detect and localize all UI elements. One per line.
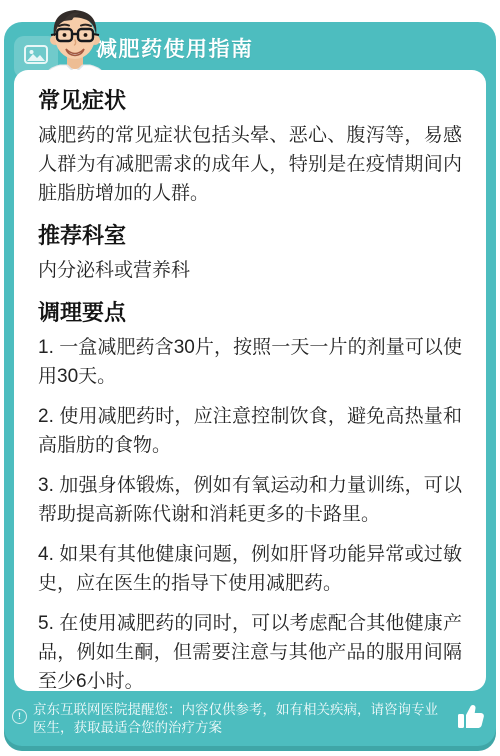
section-heading-care-points: 调理要点 <box>38 296 462 327</box>
card-header: 减肥药使用指南 <box>4 22 496 70</box>
disclaimer-footer: ! 京东互联网医院提醒您：内容仅供参考，如有相关疾病，请咨询专业医生，获取最适合… <box>10 696 490 742</box>
info-icon: ! <box>12 709 27 724</box>
page-title: 减肥药使用指南 <box>96 33 254 63</box>
section-heading-symptoms: 常见症状 <box>38 84 462 115</box>
care-point-4: 4. 如果有其他健康问题，例如肝肾功能异常或过敏史，应在医生的指导下使用减肥药。 <box>38 540 462 598</box>
department-paragraph: 内分泌科或营养科 <box>38 256 462 285</box>
thumbs-up-icon <box>455 702 487 737</box>
care-point-3: 3. 加强身体锻炼，例如有氧运动和力量训练，可以帮助提高新陈代谢和消耗更多的卡路… <box>38 471 462 529</box>
symptoms-paragraph: 减肥药的常见症状包括头晕、恶心、腹泻等，易感人群为有减肥需求的成年人，特别是在疫… <box>38 121 462 208</box>
image-icon <box>23 43 49 72</box>
section-heading-department: 推荐科室 <box>38 219 462 250</box>
care-point-2: 2. 使用减肥药时，应注意控制饮食，避免高热量和高脂肪的食物。 <box>38 402 462 460</box>
care-point-5: 5. 在使用减肥药的同时，可以考虑配合其他健康产品，例如生酮，但需要注意与其他产… <box>38 609 462 691</box>
disclaimer-text: 京东互联网医院提醒您：内容仅供参考，如有相关疾病，请咨询专业医生，获取最适合您的… <box>33 701 448 737</box>
thumbs-up-button[interactable] <box>452 700 490 738</box>
content-card: 常见症状 减肥药的常见症状包括头晕、恶心、腹泻等，易感人群为有减肥需求的成年人，… <box>14 70 486 691</box>
guide-card: 减肥药使用指南 <box>4 22 496 751</box>
care-point-1: 1. 一盒减肥药含30片，按照一天一片的剂量可以使用30天。 <box>38 333 462 391</box>
